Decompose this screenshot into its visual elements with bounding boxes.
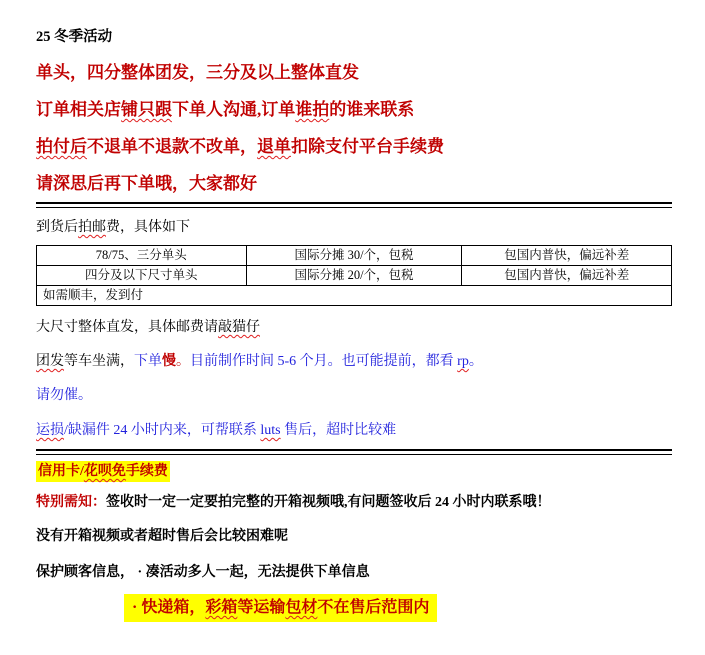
text-segment: 。 [469, 354, 483, 369]
text-segment: 特别需知： [36, 495, 106, 510]
large-size-note: 大尺寸整体直发，具体邮费请敲猫仔 [36, 318, 672, 337]
text-segment: 等运输 [237, 599, 285, 616]
divider-double-line-bottom [36, 449, 672, 455]
text-segment: 下单人沟通,订单 [172, 100, 295, 119]
text-segment: /缺漏件 24 小时内来，可帮联系 [64, 423, 260, 438]
text-segment: 目前制作时间 5-6 个月。也可能提前，都看 [190, 354, 457, 369]
privacy-note: 保护顾客信息， · 凑活动多人一起，无法提供下单信息 [36, 563, 672, 582]
text-segment: 不退单不退款不改单， [87, 137, 257, 156]
payment-fee-highlight: 信用卡/花呗免手续费 [36, 461, 170, 482]
table-row: 四分及以下尺寸单头国际分摊 20/个，包税包国内普快，偏远补差 [37, 266, 672, 286]
text-segment: 请深思后再下单哦，大家都好 [36, 174, 257, 193]
text-segment: 铺只跟 [121, 100, 172, 119]
text-segment: 订单相关店 [36, 100, 121, 119]
text-segment: 签收时一定一定要拍完整的开箱视频哦,有问题签收后 24 小时内联系哦！ [106, 495, 551, 510]
text-segment: luts [260, 423, 280, 438]
table-cell: 包国内普快，偏远补差 [462, 246, 672, 266]
text-segment: 运损 [36, 423, 64, 438]
document-page: 25 冬季活动 单头，四分整体团发，三分及以上整体直发 订单相关店铺只跟下单人沟… [0, 0, 705, 655]
shipping-intro: 到货后拍邮费，具体如下 [36, 218, 672, 237]
notice-line-order-scope: 单头，四分整体团发，三分及以上整体直发 [36, 63, 672, 83]
text-segment: 大尺寸整体直发，具体邮费请 [36, 320, 218, 335]
text-segment: 彩箱 [205, 599, 237, 616]
text-segment: 单头，四分整体团发，三分及以上整体直发 [36, 63, 359, 82]
table-row: 如需顺丰，发到付 [37, 286, 672, 306]
text-segment: 下单 [134, 354, 162, 369]
text-segment: 谁拍 [295, 100, 329, 119]
text-segment: 保护顾客信息， [36, 565, 134, 580]
table-row: 78/75、三分单头国际分摊 30/个，包税包国内普快，偏远补差 [37, 246, 672, 266]
table-cell: 四分及以下尺寸单头 [37, 266, 247, 286]
text-segment: 退单 [257, 137, 291, 156]
after-sale-highlight: · 快递箱，彩箱等运输包材不在售后范围内 [124, 594, 437, 622]
text-segment: 。 [176, 354, 190, 369]
text-segment: 包材 [285, 599, 317, 616]
special-notice-line: 特别需知：签收时一定一定要拍完整的开箱视频哦,有问题签收后 24 小时内联系哦！ [36, 493, 672, 512]
table-cell: 78/75、三分单头 [37, 246, 247, 266]
notice-line-contact: 订单相关店铺只跟下单人沟通,订单谁拍的谁来联系 [36, 100, 672, 120]
text-segment: · 快递箱， [132, 599, 205, 616]
shipping-fee-table: 78/75、三分单头国际分摊 30/个，包税包国内普快，偏远补差四分及以下尺寸单… [36, 245, 672, 306]
text-segment: 拍付后 [36, 137, 87, 156]
table-cell: 包国内普快，偏远补差 [462, 266, 672, 286]
document-title: 25 冬季活动 [36, 28, 672, 46]
notice-line-no-refund: 拍付后不退单不退款不改单，退单扣除支付平台手续费 [36, 137, 672, 157]
payment-fee-line: 信用卡/花呗免手续费 [36, 461, 672, 482]
table-cell: 国际分摊 20/个，包税 [246, 266, 462, 286]
text-segment: 拍邮 [78, 220, 106, 235]
text-segment: 手续费 [126, 464, 168, 479]
table-footer-cell: 如需顺丰，发到付 [37, 286, 672, 306]
text-segment: 花呗免 [84, 464, 126, 479]
text-segment: 凑活动多人一起，无法提供下单信息 [146, 565, 370, 580]
table-cell: 国际分摊 30/个，包税 [246, 246, 462, 266]
text-segment: · [134, 565, 146, 580]
divider-double-line-top [36, 202, 672, 208]
production-time-note: 团发等车坐满，下单慢。目前制作时间 5-6 个月。也可能提前，都看 rp。 [36, 352, 672, 371]
text-segment: 敲猫仔 [218, 320, 260, 335]
text-segment: 等车坐满， [64, 354, 134, 369]
no-rush-note: 请勿催。 [36, 386, 672, 405]
text-segment: 售后，超时比较难 [281, 423, 397, 438]
text-segment: 的谁来联系 [329, 100, 414, 119]
text-segment: 扣除支付平台手续费 [291, 137, 444, 156]
shipping-table-body: 78/75、三分单头国际分摊 30/个，包税包国内普快，偏远补差四分及以下尺寸单… [37, 246, 672, 286]
text-segment: 不在售后范围内 [317, 599, 429, 616]
text-segment: 费，具体如下 [106, 220, 190, 235]
notice-line-think-first: 请深思后再下单哦，大家都好 [36, 174, 672, 194]
damage-claim-note: 运损/缺漏件 24 小时内来，可帮联系 luts 售后，超时比较难 [36, 421, 672, 440]
text-segment: rp [457, 354, 469, 369]
text-segment: 团发 [36, 354, 64, 369]
text-segment: 信用卡/ [38, 464, 84, 479]
special-notice-followup: 没有开箱视频或者超时售后会比较困难呢 [36, 527, 672, 546]
text-segment: 到货后 [36, 220, 78, 235]
text-segment: 慢 [162, 354, 176, 369]
after-sale-bullet-line: · 快递箱，彩箱等运输包材不在售后范围内 [124, 594, 672, 622]
